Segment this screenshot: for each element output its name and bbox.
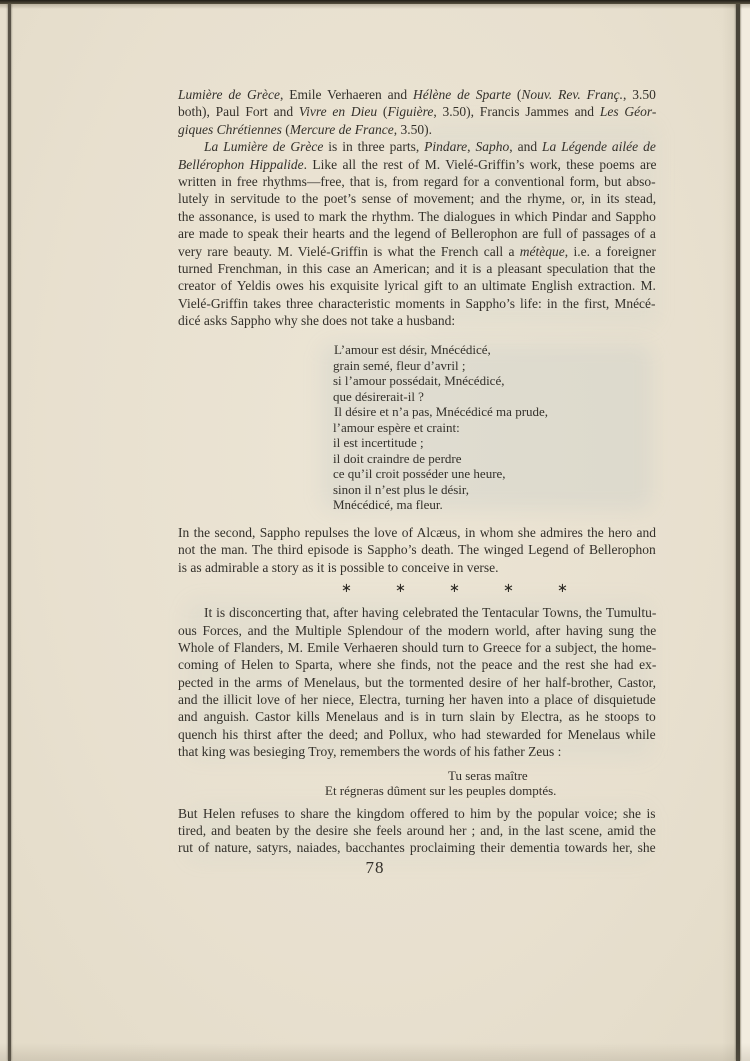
text-line: dicé asks Sappho why she does not take a… <box>178 312 656 329</box>
paragraph: It is disconcerting that, after having c… <box>178 604 656 761</box>
text-line: giques Chrétiennes (Mercure de France, 3… <box>178 121 656 138</box>
text-line: not the man. The third episode is Sappho… <box>178 541 656 558</box>
page-left-margin-strip <box>0 0 8 1061</box>
text-line: the assonance, is used to mark the rhyth… <box>178 208 656 225</box>
verse-line: Mnécédicé, ma fleur. <box>333 497 656 513</box>
text-line: rut of nature, satyrs, naiades, bacchant… <box>178 839 656 856</box>
text-line: written in free rhythms—free, that is, f… <box>178 173 656 190</box>
text-line: pected in the arms of Menelaus, but the … <box>178 674 656 691</box>
text-line: In the second, Sappho repulses the love … <box>178 524 656 541</box>
paragraph: But Helen refuses to share the kingdom o… <box>178 805 656 857</box>
text-line: Lumière de Grèce, Emile Verhaeren and Hé… <box>178 86 656 103</box>
text-line: ous Forces, and the Multiple Splendour o… <box>178 622 656 639</box>
asterisk-separator: ∗∗∗∗∗ <box>178 580 656 596</box>
text-line: lutely in servitude to the poet’s sense … <box>178 190 656 207</box>
asterisk-icon: ∗ <box>557 581 611 597</box>
verse-line: il est incertitude ; <box>333 435 656 451</box>
verse-line: sinon il n’est plus le désir, <box>333 482 656 498</box>
page-bottom-shadow <box>0 1043 750 1061</box>
text-line: and anguish. Castor kills Menelaus and i… <box>178 708 656 725</box>
verse-line: il doit craindre de perdre <box>333 451 656 467</box>
paragraph: La Lumière de Grèce is in three parts, P… <box>178 138 656 329</box>
asterisk-icon: ∗ <box>341 581 395 597</box>
verse-line: ce qu’il croit posséder une heure, <box>333 466 656 482</box>
asterisk-icon: ∗ <box>395 581 449 597</box>
verse-line: Et régneras dûment sur les peuples dompt… <box>325 783 656 799</box>
text-line: But Helen refuses to share the kingdom o… <box>178 805 656 822</box>
page-right-edge-line <box>736 0 740 1061</box>
verse-line: que désirerait-il ? <box>333 389 656 405</box>
text-line: very rare beauty. M. Vielé-Griffin is wh… <box>178 243 656 260</box>
asterisk-icon: ∗ <box>449 581 503 597</box>
verse-line: grain semé, fleur d’avril ; <box>333 358 656 374</box>
page-top-edge-fade <box>0 4 750 9</box>
verse-line: Tu seras maître <box>448 768 656 784</box>
text-column: Lumière de Grèce, Emile Verhaeren and Hé… <box>178 86 656 857</box>
text-line: Vielé-Griffin takes three characteristic… <box>178 295 656 312</box>
text-line: It is disconcerting that, after having c… <box>178 604 656 621</box>
text-line: and the illicit love of her niece, Elect… <box>178 691 656 708</box>
page-right-shadow <box>722 0 736 1061</box>
text-line: creator of Yeldis owes his exquisite lyr… <box>178 277 656 294</box>
paragraph: Lumière de Grèce, Emile Verhaeren and Hé… <box>178 86 656 138</box>
text-line: is as admirable a story as it is possibl… <box>178 559 656 576</box>
verse-line: Il désire et n’a pas, Mnécédicé ma prude… <box>334 404 656 420</box>
text-line: La Lumière de Grèce is in three parts, P… <box>178 138 656 155</box>
text-line: are made to speak their hearts and the l… <box>178 225 656 242</box>
paragraph: In the second, Sappho repulses the love … <box>178 524 656 576</box>
text-line: Whole of Flanders, M. Emile Verhaeren sh… <box>178 639 656 656</box>
scanned-book-page: Lumière de Grèce, Emile Verhaeren and Hé… <box>0 0 750 1061</box>
asterisk-icon: ∗ <box>503 581 557 597</box>
verse-block: Tu seras maîtreEt régneras dûment sur le… <box>178 768 656 799</box>
page-number: 78 <box>0 858 750 878</box>
verse-line: L’amour est désir, Mnécédicé, <box>334 342 656 358</box>
text-line: quench his thirst after the deed; and Po… <box>178 726 656 743</box>
verse-block: L’amour est désir, Mnécédicé,grain semé,… <box>178 342 656 513</box>
page-left-edge-line <box>8 0 11 1061</box>
verse-line: l’amour espère et craint: <box>333 420 656 436</box>
text-line: turned Frenchman, in this case an Americ… <box>178 260 656 277</box>
text-line: coming of Helen to Sparta, where she fin… <box>178 656 656 673</box>
page-right-margin-strip <box>741 0 750 1061</box>
text-line: that king was besieging Troy, remembers … <box>178 743 656 760</box>
text-line: both), Paul Fort and Vivre en Dieu (Figu… <box>178 103 656 120</box>
text-line: tired, and beaten by the desire she feel… <box>178 822 656 839</box>
text-line: Bellérophon Hippalide. Like all the rest… <box>178 156 656 173</box>
verse-line: si l’amour possédait, Mnécédicé, <box>333 373 656 389</box>
